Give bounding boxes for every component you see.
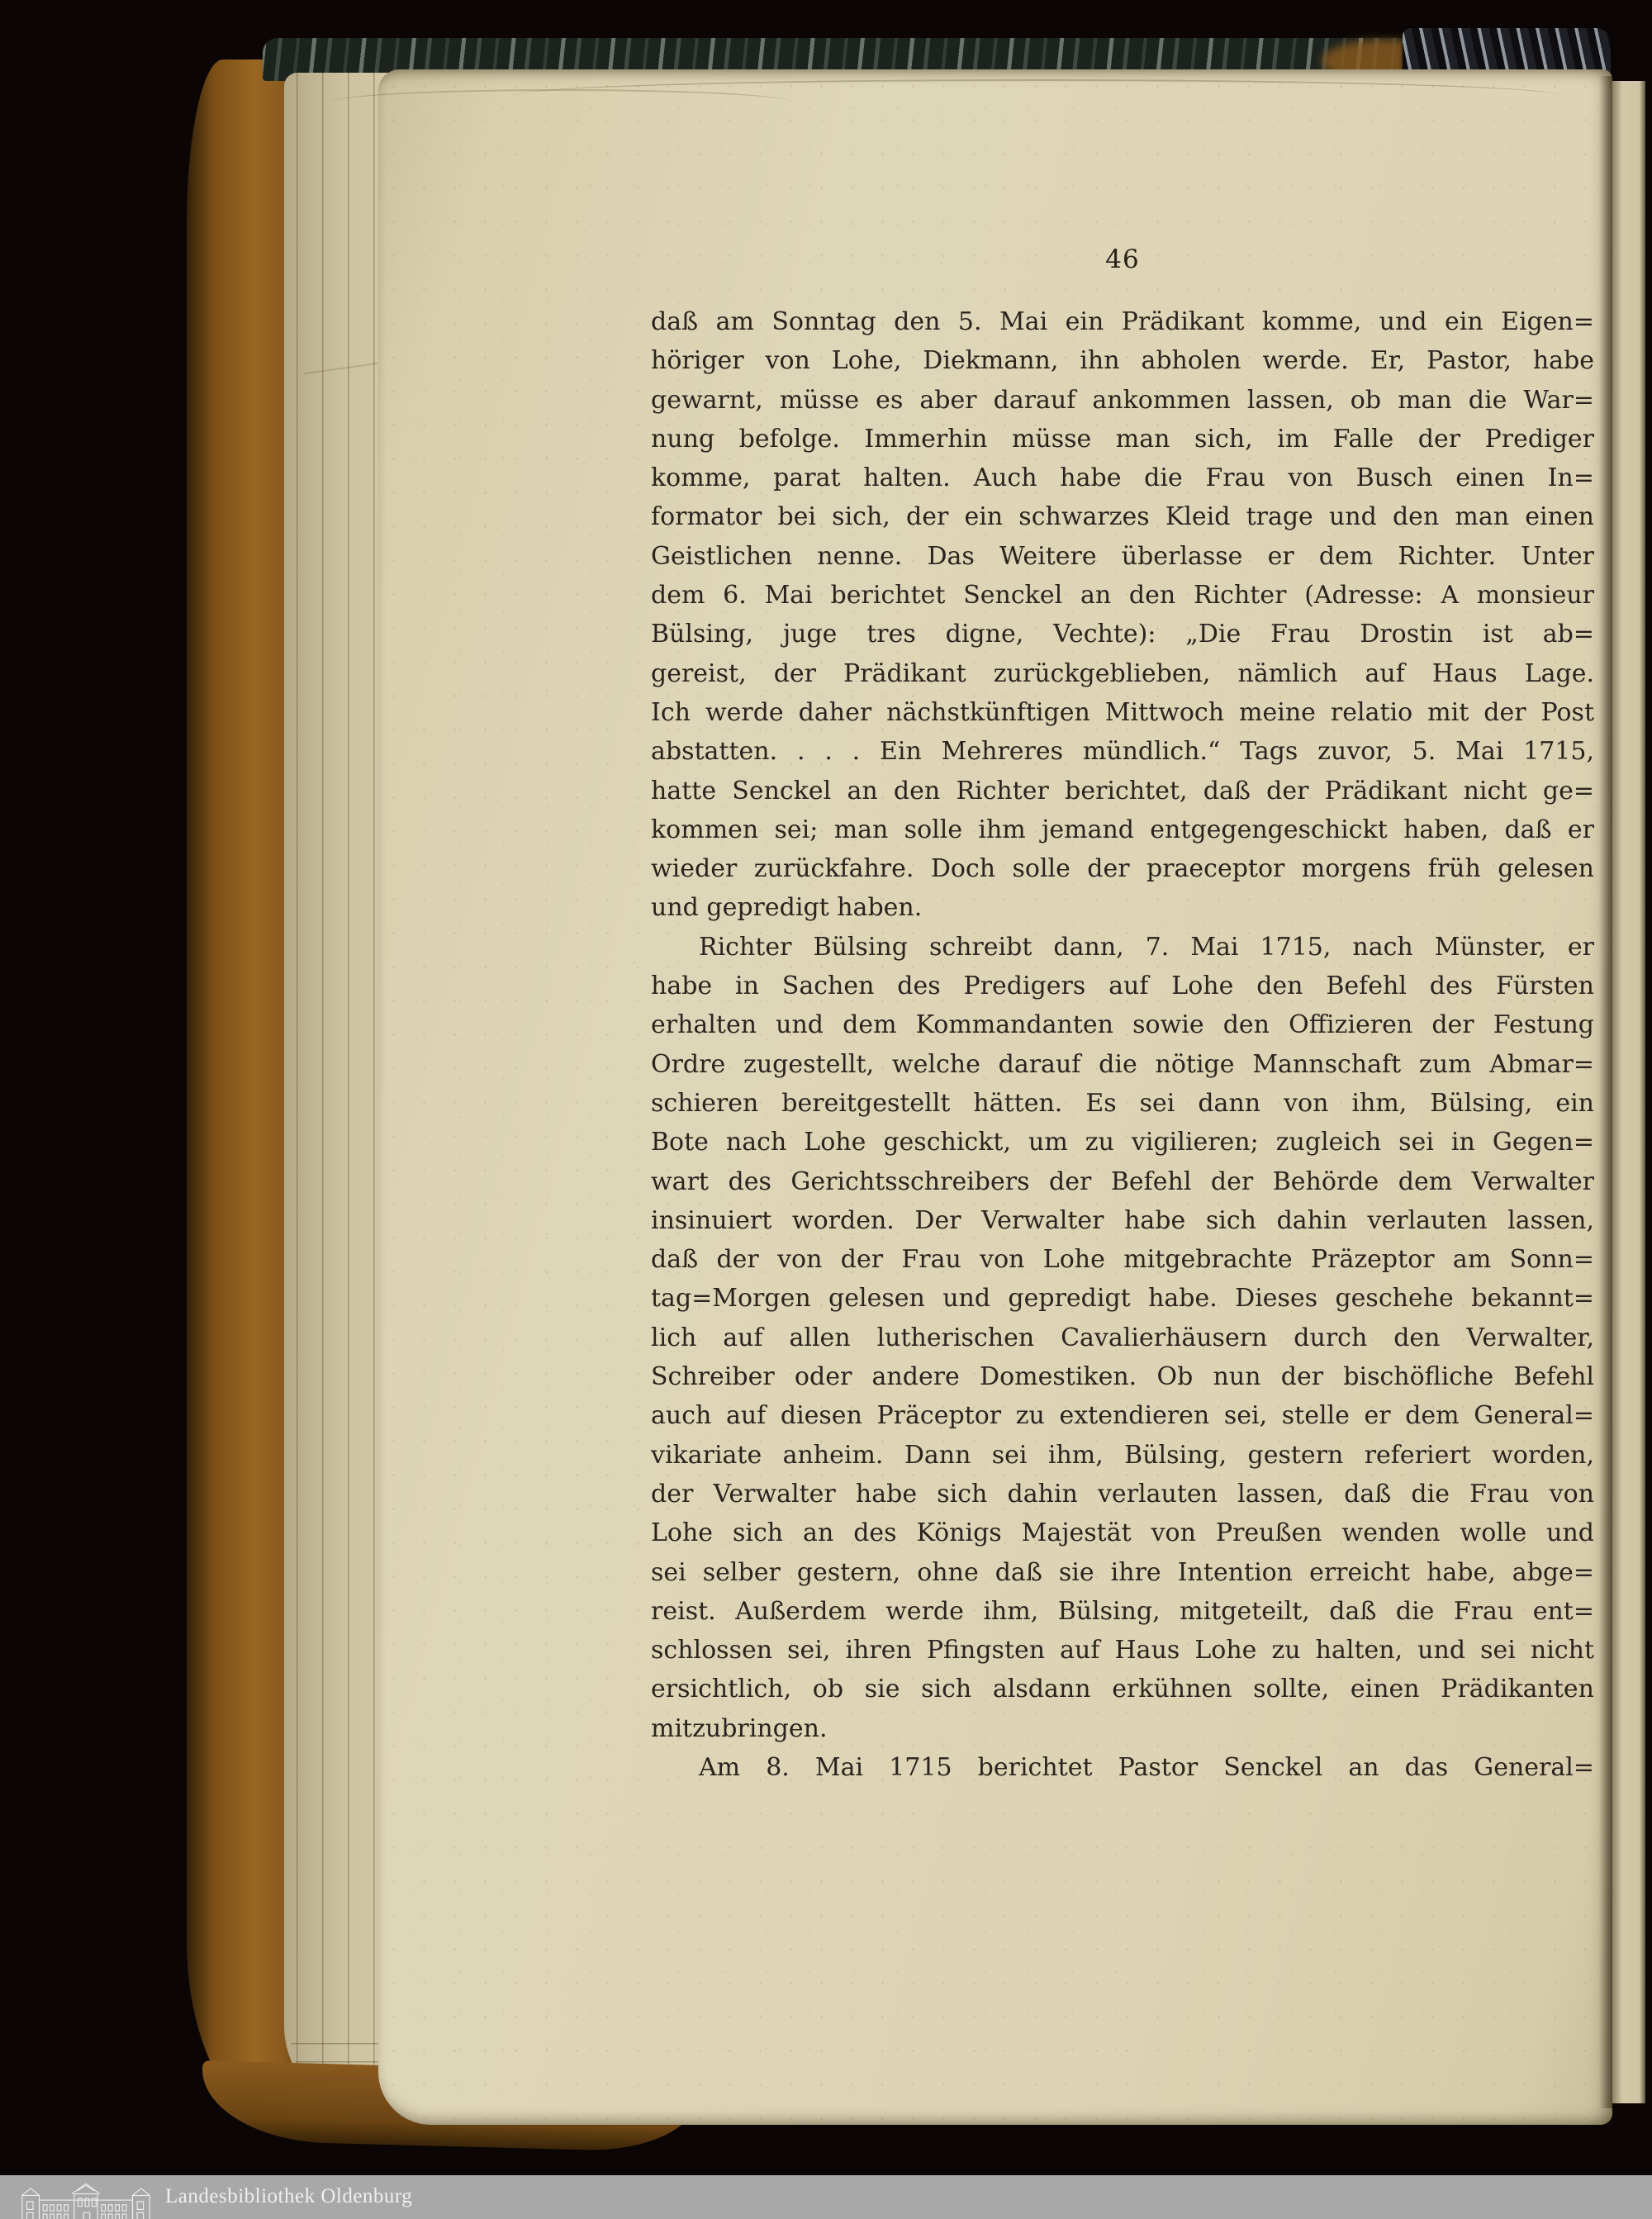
text-line: dem 6. Mai berichtet Senckel an den Rich…: [651, 576, 1594, 615]
page-text: daß am Sonntag den 5. Mai ein Prädikant …: [651, 302, 1594, 1787]
text-line: Bote nach Lohe geschickt, um zu vigilier…: [651, 1123, 1594, 1162]
text-line: gewarnt, müsse es aber darauf ankommen l…: [651, 381, 1594, 420]
text-line: komme, parat halten. Auch habe die Frau …: [651, 459, 1594, 497]
text-line: erhalten und dem Kommandanten sowie den …: [651, 1005, 1594, 1044]
text-line: wart des Gerichtsschreibers der Befehl d…: [651, 1162, 1594, 1201]
scanned-book-page: 46 daß am Sonntag den 5. Mai ein Prädika…: [0, 0, 1652, 2219]
text-line: nung befolge. Immerhin müsse man sich, i…: [651, 420, 1594, 459]
text-line: mitzubringen.: [651, 1709, 1594, 1748]
text-line: auch auf diesen Präceptor zu extendieren…: [651, 1396, 1594, 1435]
text-line: schieren bereitgestellt hätten. Es sei d…: [651, 1084, 1594, 1123]
text-line: Bülsing, juge tres digne, Vechte): „Die …: [651, 615, 1594, 653]
text-line: sei selber gestern, ohne daß sie ihre In…: [651, 1553, 1594, 1592]
text-line: gereist, der Prädikant zurückgeblieben, …: [651, 654, 1594, 693]
text-line: abstatten. . . . Ein Mehreres mündlich.“…: [651, 732, 1594, 771]
text-line: Ich werde daher nächstkünftigen Mittwoch…: [651, 693, 1594, 732]
text-line: und gepredigt haben.: [651, 888, 1594, 927]
text-line: reist. Außerdem werde ihm, Bülsing, mitg…: [651, 1592, 1594, 1631]
text-line: tag=Morgen gelesen und gepredigt habe. D…: [651, 1279, 1594, 1318]
text-line: habe in Sachen des Predigers auf Lohe de…: [651, 967, 1594, 1005]
text-line: lich auf allen lutherischen Cavalierhäus…: [651, 1319, 1594, 1357]
text-line: Ordre zugestellt, welche darauf die nöti…: [651, 1045, 1594, 1084]
page-gutter-shadow: [1599, 76, 1612, 2108]
text-line: Richter Bülsing schreibt dann, 7. Mai 17…: [651, 928, 1594, 967]
text-line: insinuiert worden. Der Verwalter habe si…: [651, 1201, 1594, 1240]
text-line: schlossen sei, ihren Pfingsten auf Haus …: [651, 1631, 1594, 1670]
text-line: vikariate anheim. Dann sei ihm, Bülsing,…: [651, 1436, 1594, 1475]
facing-page-edge: [1612, 81, 1645, 2103]
text-line: wieder zurückfahre. Doch solle der praec…: [651, 849, 1594, 888]
page-number: 46: [651, 245, 1594, 274]
text-line: hatte Senckel an den Richter berichtet, …: [651, 772, 1594, 810]
text-line: formator bei sich, der ein schwarzes Kle…: [651, 497, 1594, 536]
text-line: Geistlichen nenne. Das Weitere überlasse…: [651, 537, 1594, 576]
text-line: höriger von Lohe, Diekmann, ihn abholen …: [651, 341, 1594, 380]
library-building-icon: [20, 2181, 152, 2219]
text-line: Lohe sich an des Königs Majestät von Pre…: [651, 1513, 1594, 1552]
text-line: daß der von der Frau von Lohe mitgebrach…: [651, 1240, 1594, 1279]
watermark-label: Landesbibliothek Oldenburg: [165, 2185, 412, 2208]
text-line: kommen sei; man solle ihm jemand entgege…: [651, 810, 1594, 849]
text-line: Am 8. Mai 1715 berichtet Pastor Senckel …: [651, 1748, 1594, 1787]
text-line: der Verwalter habe sich dahin verlauten …: [651, 1475, 1594, 1513]
text-line: ersichtlich, ob sie sich alsdann erkühne…: [651, 1670, 1594, 1708]
text-line: daß am Sonntag den 5. Mai ein Prädikant …: [651, 302, 1594, 341]
text-line: Schreiber oder andere Domestiken. Ob nun…: [651, 1357, 1594, 1396]
